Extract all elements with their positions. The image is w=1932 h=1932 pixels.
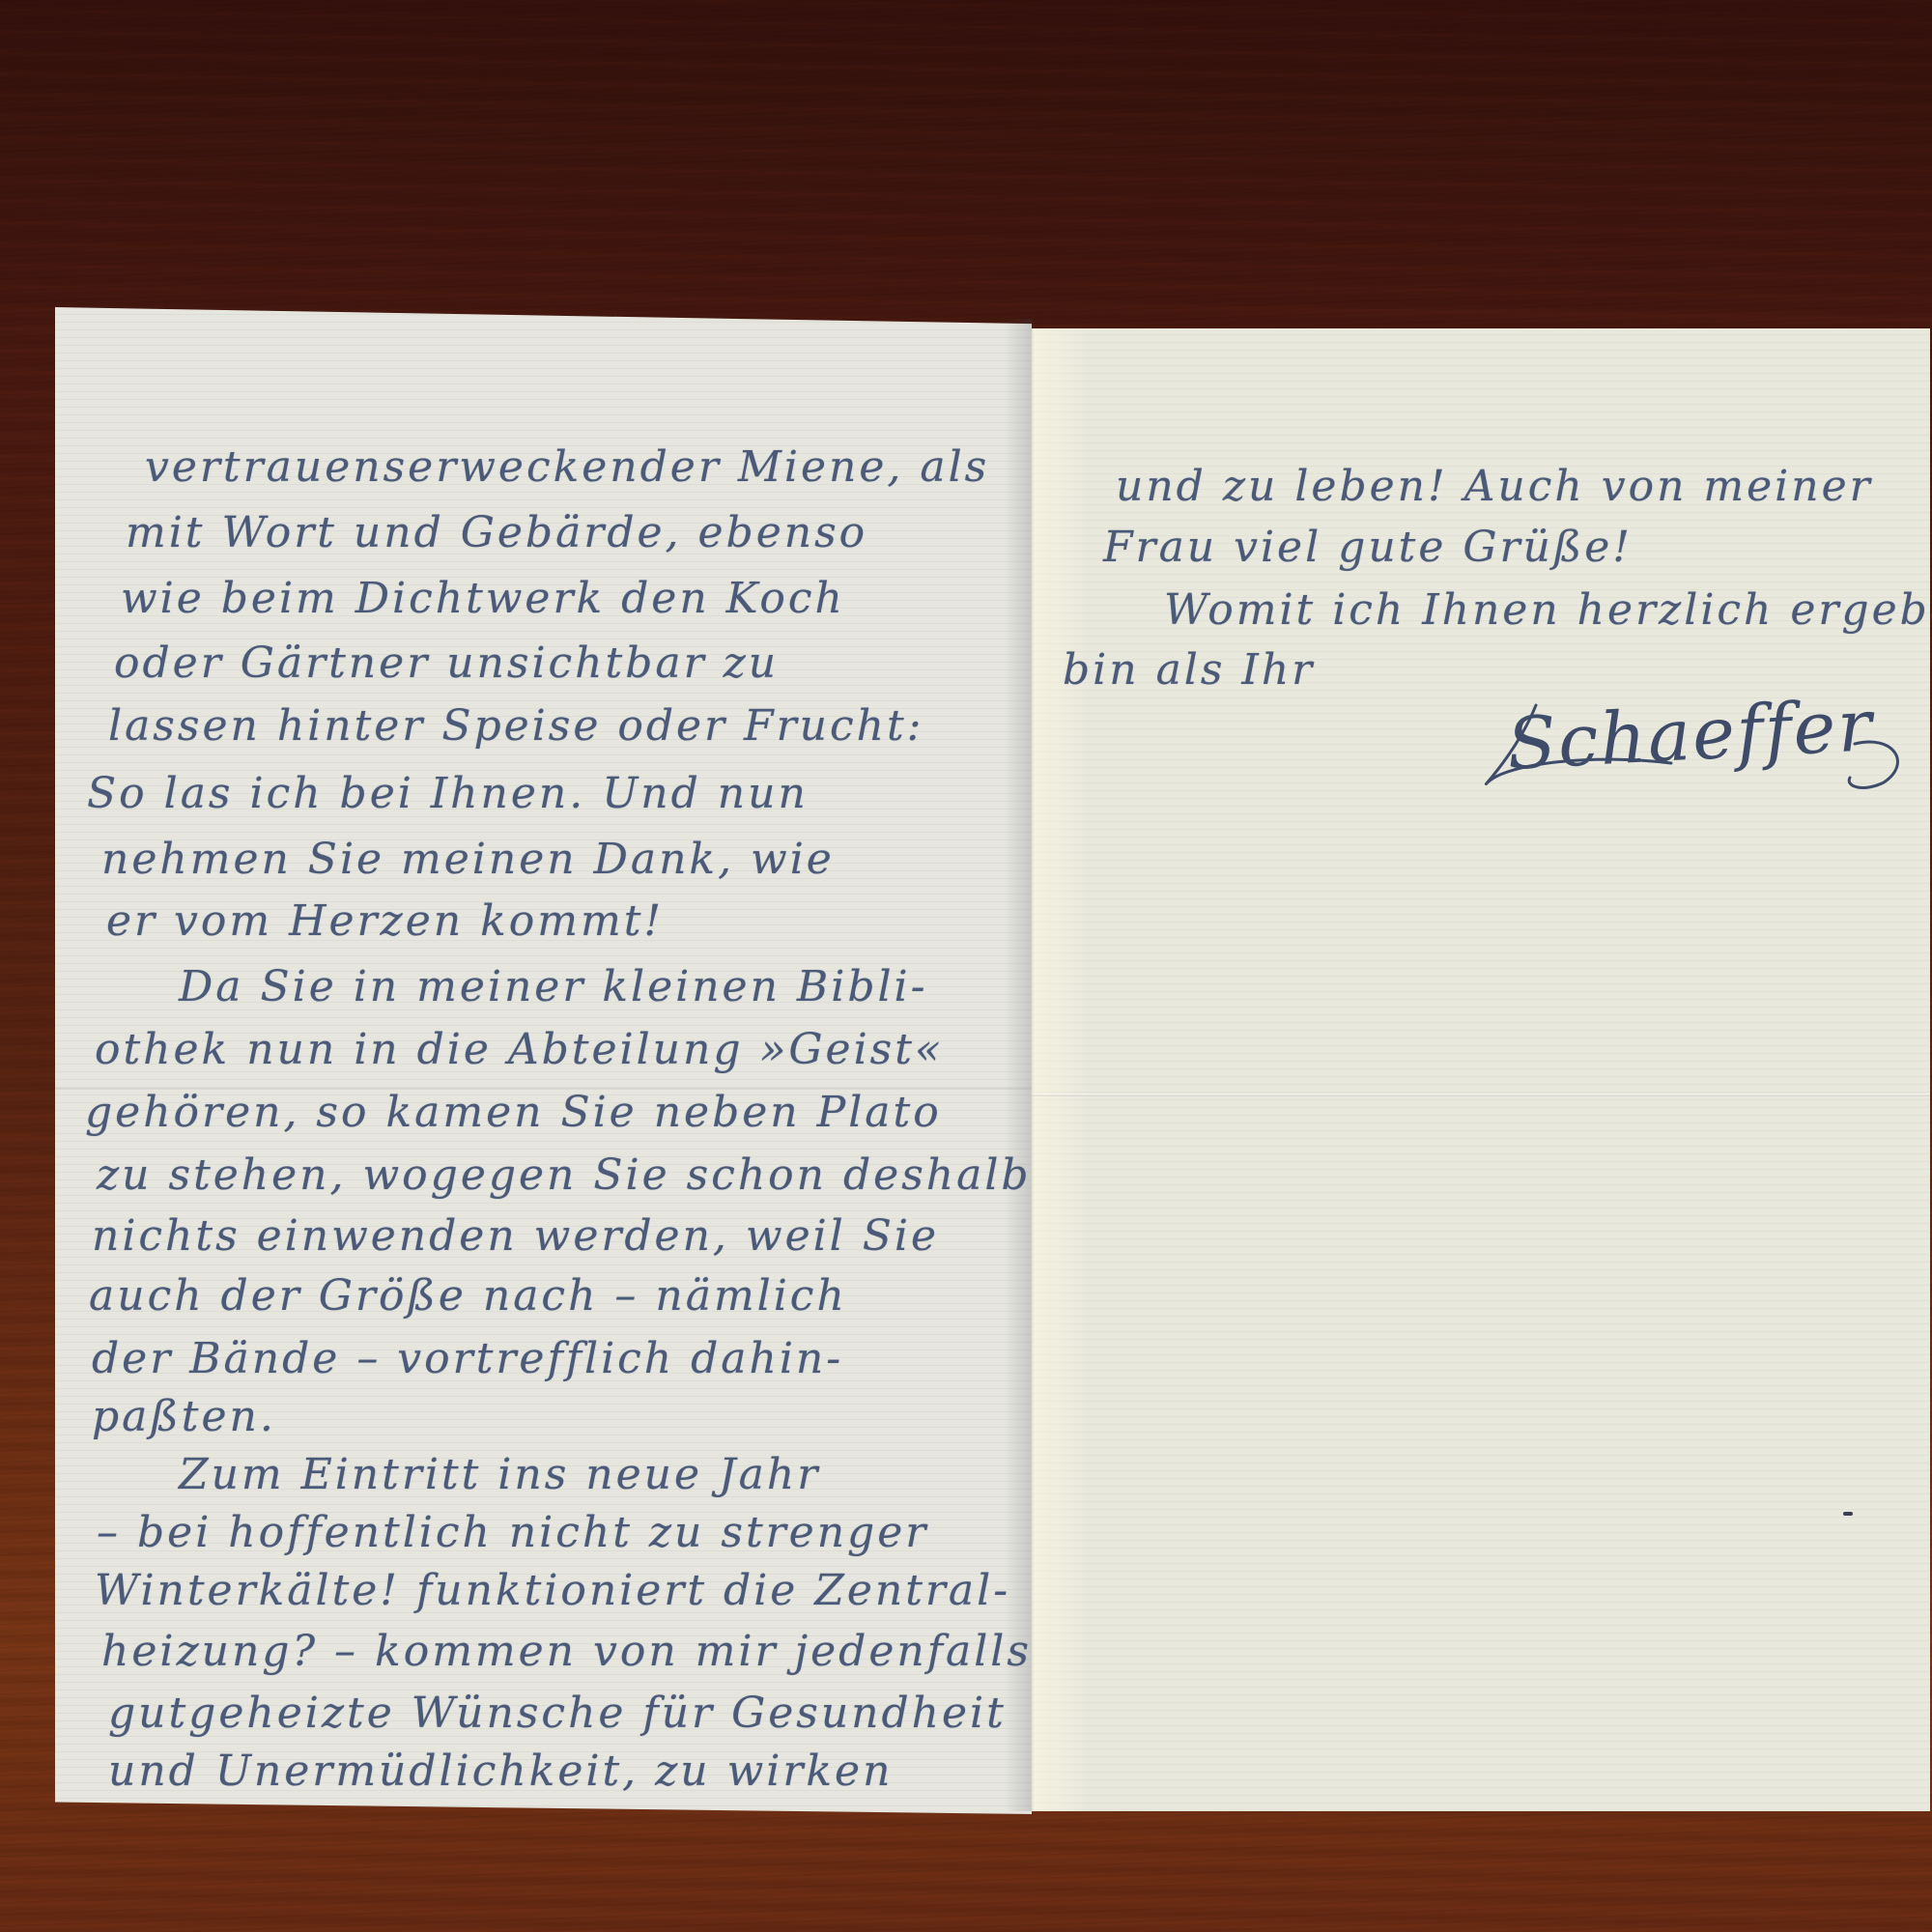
text-line: und zu leben! Auch von meiner: [1116, 466, 1873, 508]
text-line: lassen hinter Speise oder Frucht:: [108, 705, 923, 748]
text-line: nehmen Sie meinen Dank, wie: [101, 838, 835, 881]
text-line: paßten.: [92, 1396, 276, 1438]
ink-mark: [1843, 1512, 1853, 1516]
text-line: der Bände – vortrefflich dahin-: [92, 1338, 843, 1380]
text-line: othek nun in die Abteilung »Geist«: [95, 1029, 944, 1071]
text-line: wie beim Dichtwerk den Koch: [121, 578, 845, 620]
text-line: Zum Eintritt ins neue Jahr: [179, 1454, 820, 1496]
text-line: auch der Größe nach – nämlich: [89, 1275, 847, 1318]
text-line: heizung? – kommen von mir jedenfalls: [101, 1631, 1032, 1673]
text-line: – bei hoffentlich nicht zu strenger: [97, 1512, 928, 1554]
text-line: So las ich bei Ihnen. Und nun: [87, 773, 809, 815]
text-line: er vom Herzen kommt!: [106, 900, 664, 943]
text-line: vertrauenserweckender Miene, als: [145, 446, 989, 489]
text-line: bin als Ihr: [1063, 649, 1315, 692]
text-line: Winterkälte! funktioniert die Zentral-: [95, 1570, 1010, 1612]
text-line: Womit ich Ihnen herzlich ergeben: [1164, 589, 1932, 632]
text-line: mit Wort und Gebärde, ebenso: [126, 512, 867, 554]
text-line: gutgeheizte Wünsche für Gesundheit: [108, 1692, 1007, 1735]
text-line: Da Sie in meiner kleinen Bibli-: [179, 966, 928, 1009]
text-line: zu stehen, wogegen Sie schon deshalb: [97, 1154, 1032, 1197]
wooden-table-background: [0, 0, 1932, 309]
text-line: Frau viel gute Grüße!: [1103, 526, 1633, 569]
signature-flourish-icon: [1478, 696, 1913, 802]
text-line: gehören, so kamen Sie neben Plato: [85, 1092, 942, 1134]
text-line: oder Gärtner unsichtbar zu: [114, 642, 779, 685]
horizontal-fold-crease-right: [1032, 1094, 1930, 1096]
text-line: und Unermüdlichkeit, zu wirken: [108, 1750, 893, 1793]
text-line: nichts einwenden werden, weil Sie: [92, 1215, 939, 1258]
